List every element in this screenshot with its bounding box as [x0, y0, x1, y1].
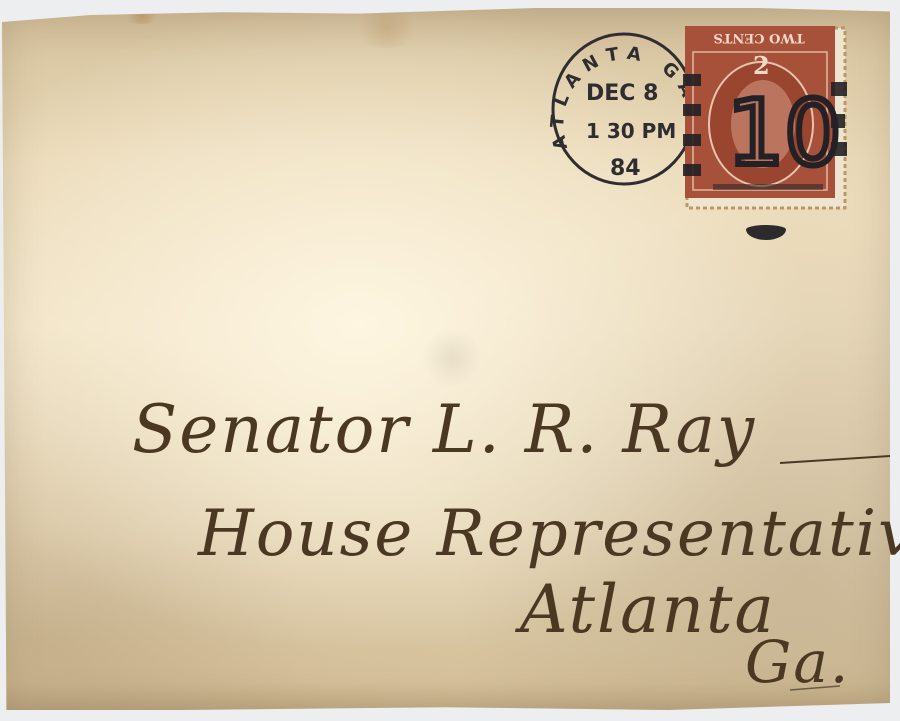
flourish-line: [780, 456, 890, 463]
address-line-3: Atlanta: [514, 571, 776, 648]
address-line-2: House Representatives: [197, 497, 900, 571]
address-line-1: Senator L. R. Ray: [132, 391, 756, 468]
handwritten-address: Senator L. R. Ray House Representatives …: [0, 0, 900, 721]
